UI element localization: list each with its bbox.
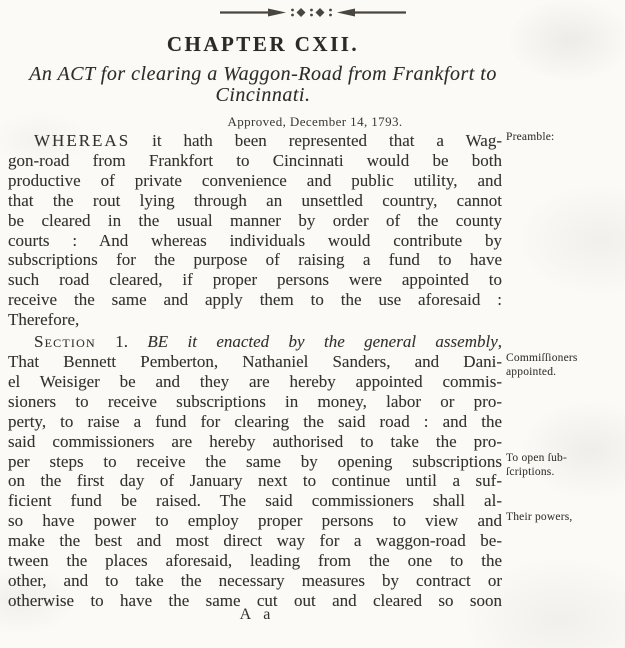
margin-note: To open ſub-ſcriptions. [506, 452, 620, 479]
body-line: so have power to employ proper persons t… [8, 511, 502, 531]
body-line: perty, to raise a fund for clearing the … [8, 412, 502, 432]
body-line: courts : And whereas individuals would c… [8, 231, 502, 251]
act-title-line2: Cincinnati. [8, 85, 518, 106]
body-line: make the best and most direct way for a … [8, 531, 502, 551]
margin-note-line: appointed. [506, 366, 620, 380]
text-segment: it hath been represented that a Wag- [130, 131, 502, 150]
body-line: Therefore, [8, 310, 502, 330]
body-line: gon-road from Frankfort to Cincinnati wo… [8, 151, 502, 171]
body-line: Section 1. BE it enacted by the general … [8, 332, 502, 352]
body-line: that the rout lying through an unsettled… [8, 191, 502, 211]
act-title: An ACT for clearing a Waggon-Road from F… [8, 64, 518, 106]
body-line: per steps to receive the same by opening… [8, 452, 502, 472]
signature-mark: A a [8, 606, 502, 624]
document-header: CHAPTER CXII. An ACT for clearing a Wagg… [0, 32, 518, 130]
body-text: WHEREAS it hath been represented that a … [8, 131, 502, 613]
chapter-heading: CHAPTER CXII. [8, 32, 518, 57]
printers-rule-ornament-icon [218, 5, 408, 20]
approval-line: Approved, December 14, 1793. [60, 114, 570, 130]
body-line: el Weisiger be and they are hereby appoi… [8, 372, 502, 392]
body-line: productive of private convenience and pu… [8, 171, 502, 191]
ornament-row [0, 0, 625, 22]
margin-note-line: To open ſub- [506, 452, 620, 466]
margin-notes: Preamble:Commiſſionersappointed.To open … [506, 0, 620, 648]
body-line: said commissioners are hereby authorised… [8, 432, 502, 452]
text-segment: , [498, 332, 502, 351]
body-line: be cleared in the usual manner by order … [8, 211, 502, 231]
text-segment: BE it enacted by the general assembly [147, 332, 497, 351]
body-line: on the first day of January next to cont… [8, 471, 502, 491]
body-line: ficient fund be raised. The said commiss… [8, 491, 502, 511]
document-page: CHAPTER CXII. An ACT for clearing a Wagg… [0, 0, 625, 648]
body-line: other, and to take the necessary measure… [8, 571, 502, 591]
body-line: tween the places aforesaid, leading from… [8, 551, 502, 571]
body-line: WHEREAS it hath been represented that a … [8, 131, 502, 151]
text-segment: WHEREAS [34, 131, 130, 150]
margin-note-line: ſcriptions. [506, 466, 620, 480]
margin-note-line: Their powers, [506, 511, 620, 525]
margin-note: Commiſſionersappointed. [506, 352, 620, 379]
body-line: subscriptions for the purpose of raising… [8, 250, 502, 270]
paragraph: Section 1. BE it enacted by the general … [8, 332, 502, 611]
margin-note-line: Preamble: [506, 131, 620, 145]
body-line: such road cleared, if proper persons wer… [8, 270, 502, 290]
body-line: That Bennett Pemberton, Nathaniel Sander… [8, 352, 502, 372]
paragraph: WHEREAS it hath been represented that a … [8, 131, 502, 330]
margin-note: Preamble: [506, 131, 620, 145]
margin-note: Their powers, [506, 511, 620, 525]
act-title-line1: An ACT for clearing a Waggon-Road from F… [8, 64, 518, 85]
text-segment: Section [34, 332, 96, 351]
margin-note-line: Commiſſioners [506, 352, 620, 366]
body-line: sioners to receive subscriptions in mone… [8, 392, 502, 412]
body-line: receive the same and apply them to the u… [8, 290, 502, 310]
text-segment: 1. [96, 332, 148, 351]
